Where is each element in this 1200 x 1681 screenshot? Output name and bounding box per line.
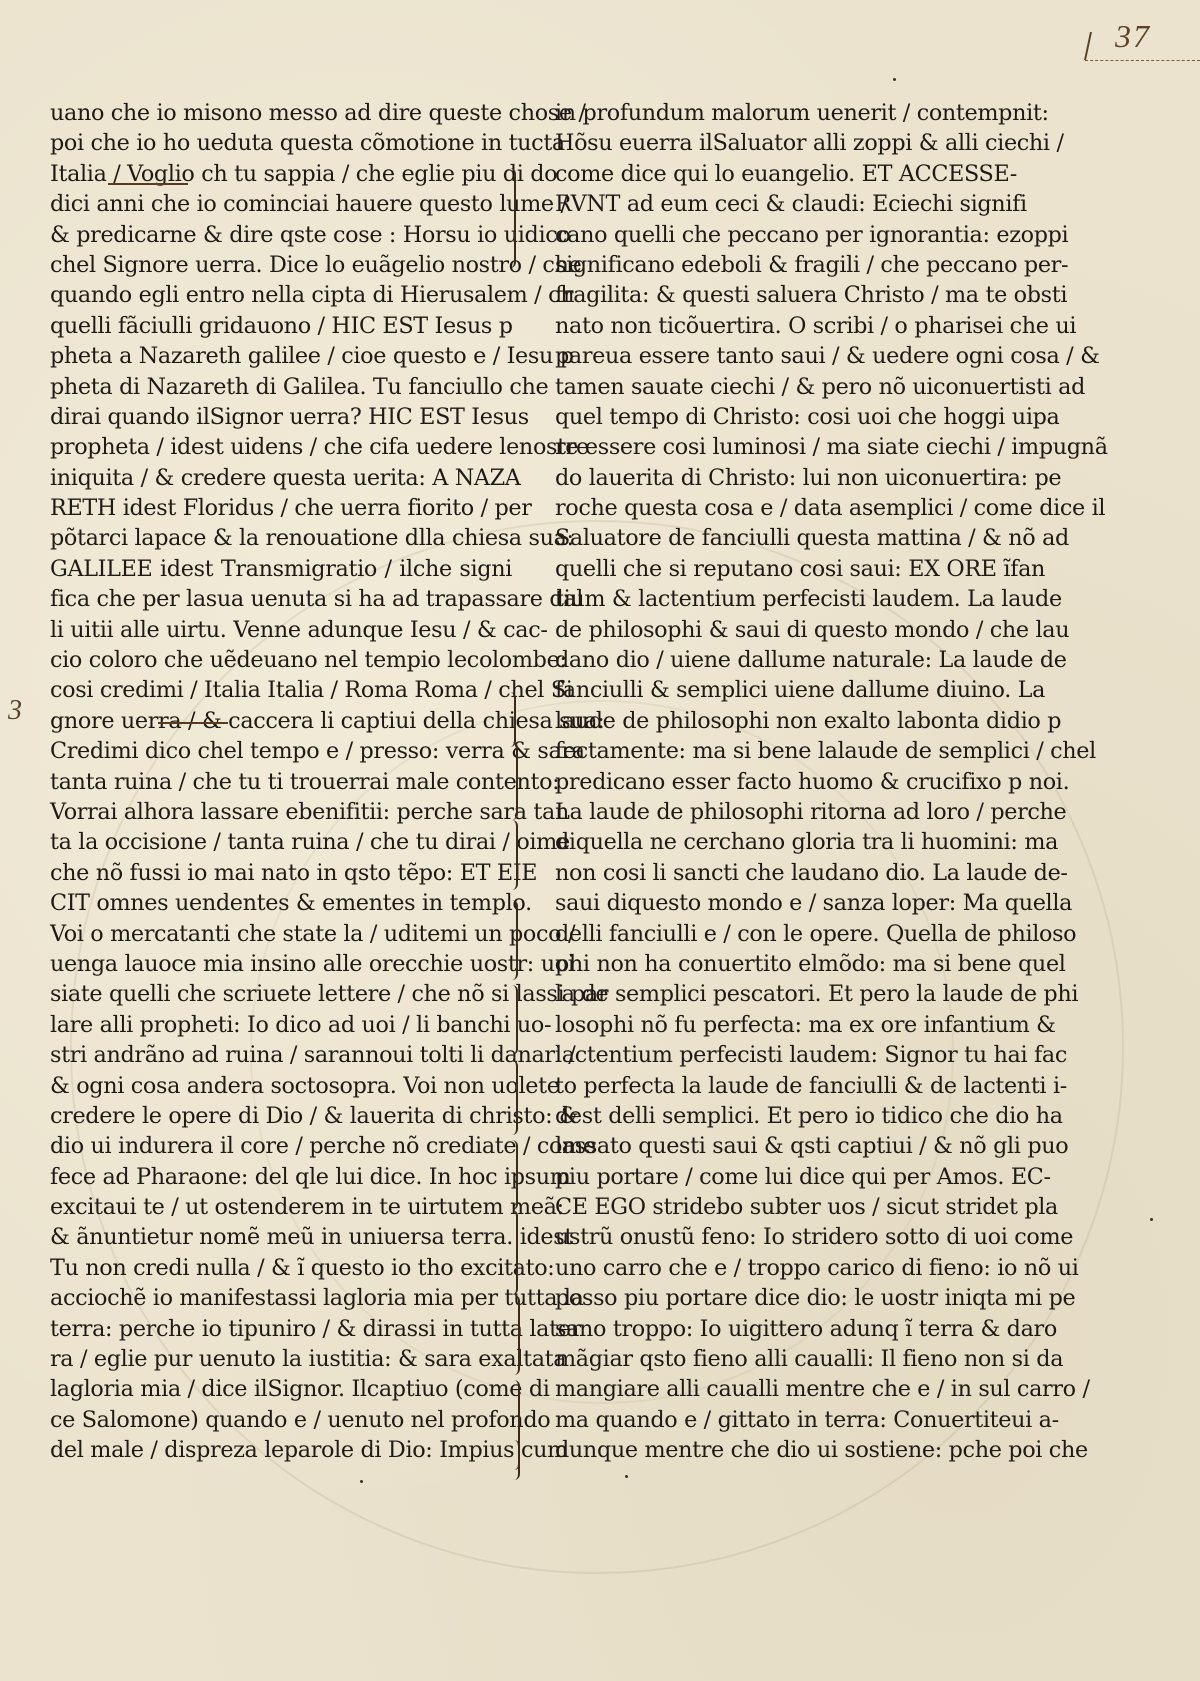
text-line: GALILEE idest Transmigratio / ilche sign… [50,554,512,584]
text-line: ce Salomone) quando e / uenuto nel profo… [50,1405,512,1435]
text-line: tanta ruina / che tu ti trouerrai male c… [50,767,512,797]
text-line: quando egli entro nella cipta di Hierusa… [50,280,512,310]
text-line: come dice qui lo euangelio. ET ACCESSE- [555,159,1017,189]
text-line: ra / eglie pur uenuto la iustitia: & sar… [50,1344,512,1374]
folio-underline [1085,60,1200,61]
text-line: sano troppo: Io uigittero adunq ĩ terra … [555,1314,1017,1344]
text-line: lactentium perfecisti laudem: Signor tu … [555,1040,1017,1070]
text-line: losophi nõ fu perfecta: ma ex ore infant… [555,1010,1017,1040]
text-line: mãgiar qsto fieno alli caualli: Il fieno… [555,1344,1017,1374]
margin-bracket [512,1440,520,1480]
manuscript-page: 37 3 uano che io misono messo ad dire qu… [0,0,1200,1681]
text-line: chel Signore uerra. Dice lo euãgelio nos… [50,250,512,280]
text-line: cio coloro che uẽdeuano nel tempio lecol… [50,645,512,675]
text-line: li uitii alle uirtu. Venne adunque Iesu … [50,615,512,645]
text-line: CIT omnes uendentes & ementes in templo. [50,888,512,918]
text-line: terra: perche io tipuniro / & dirassi in… [50,1314,512,1344]
text-line: ma quando e / gittato in terra: Conuerti… [555,1405,1017,1435]
margin-bracket [510,742,518,820]
text-line: pheta di Nazareth di Galilea. Tu fanciul… [50,372,512,402]
text-line: põtarci lapace & la renouatione dlla chi… [50,523,512,553]
text-line: iniquita / & credere questa uerita: A NA… [50,463,512,493]
text-line: RETH idest Floridus / che uerra fiorito … [50,493,512,523]
text-line: che nõ fussi io mai nato in qsto tẽpo: E… [50,858,512,888]
text-line: del male / dispreza leparole di Dio: Imp… [50,1435,512,1465]
text-line: dio ui indurera il core / perche nõ cred… [50,1131,512,1161]
text-line: acciochẽ io manifestassi lagloria mia pe… [50,1283,512,1313]
text-line: quel tempo di Christo: cosi uoi che hogg… [555,402,1017,432]
text-line: delli fanciulli e / con le opere. Quella… [555,919,1017,949]
text-line: uenga lauoce mia insino alle orecchie uo… [50,949,512,979]
paper-speck [625,1475,628,1478]
text-line: RVNT ad eum ceci & claudi: Eciechi signi… [555,189,1017,219]
text-line: Credimi dico chel tempo e / presso: verr… [50,736,512,766]
text-line: diquella ne cerchano gloria tra li huomi… [555,827,1017,857]
text-line: dano dio / uiene dallume naturale: La la… [555,645,1017,675]
left-text-column: uano che io misono messo ad dire queste … [50,98,512,1466]
text-line: ustrũ onustũ feno: Io stridero sotto di … [555,1222,1017,1252]
text-line: fica che per lasua uenuta si ha ad trapa… [50,584,512,614]
text-line: Vorrai alhora lassare ebenifitii: perche… [50,797,512,827]
right-text-column: in profundum malorum uenerit / contempni… [555,98,1017,1466]
paper-speck [893,78,896,81]
text-line: Tu non credi nulla / & ĩ questo io tho e… [50,1253,512,1283]
text-line: to perfecta la laude de fanciulli & de l… [555,1071,1017,1101]
text-line: posso piu portare dice dio: le uostr ini… [555,1283,1017,1313]
text-line: credere le opere di Dio / & lauerita di … [50,1101,512,1131]
text-line: & predicarne & dire qste cose : Horsu io… [50,220,512,250]
text-line: stri andrãno ad ruina / sarannoui tolti … [50,1040,512,1070]
text-line: predicano esser facto huomo & crucifixo … [555,767,1017,797]
text-line: fectamente: ma si bene lalaude de sempli… [555,736,1017,766]
paper-speck [1150,1218,1153,1221]
text-line: ta la occisione / tanta ruina / che tu d… [50,827,512,857]
text-line: laude de philosophi non exalto labonta d… [555,706,1017,736]
margin-bracket [508,692,516,747]
text-line: fece ad Pharaone: del qle lui dice. In h… [50,1162,512,1192]
text-line: dirai quando ilSignor uerra? HIC EST Ies… [50,402,512,432]
text-line: lassato questi saui & qsti captiui / & n… [555,1131,1017,1161]
text-line: Hõsu euerra ilSaluator alli zoppi & alli… [555,128,1017,158]
text-line: gnore uerra / & caccera li captiui della… [50,706,512,736]
text-line: uno carro che e / troppo carico di fieno… [555,1253,1017,1283]
text-line: pheta a Nazareth galilee / cioe questo e… [50,341,512,371]
text-line: dici anni che io cominciai hauere questo… [50,189,512,219]
text-line: & ãnuntietur nomẽ meũ in uniuersa terra.… [50,1222,512,1252]
text-line: non cosi li sancti che laudano dio. La l… [555,858,1017,888]
ink-underline-italia [158,722,228,724]
text-line: cosi credimi / Italia Italia / Roma Roma… [50,675,512,705]
text-line: fanciulli & semplici uiene dallume diuin… [555,675,1017,705]
text-line: excitaui te / ut ostenderem in te uirtut… [50,1192,512,1222]
margin-bracket [510,985,518,1055]
text-line: dest delli semplici. Et pero io tidico c… [555,1101,1017,1131]
margin-bracket [510,900,518,980]
text-line: Voi o mercatanti che state la / uditemi … [50,919,512,949]
text-line: phi non ha conuertito elmõdo: ma si bene… [555,949,1017,979]
text-line: siate quelli che scriuete lettere / che … [50,979,512,1009]
text-line: la de semplici pescatori. Et pero la lau… [555,979,1017,1009]
text-line: significano edeboli & fragili / che pecc… [555,250,1017,280]
margin-note-text: 3 [8,695,22,726]
text-line: de philosophi & saui di questo mondo / c… [555,615,1017,645]
margin-bracket [510,1140,518,1210]
text-line: tamen sauate ciechi / & pero nõ uiconuer… [555,372,1017,402]
folio-hook-stroke [1084,32,1100,60]
paper-speck [360,1480,363,1483]
handwritten-folio-number: 37 [1085,18,1195,68]
text-line: propheta / idest uidens / che cifa ueder… [50,432,512,462]
text-line: do lauerita di Christo: lui non uiconuer… [555,463,1017,493]
text-line: La laude de philosophi ritorna ad loro /… [555,797,1017,827]
margin-bracket [512,1295,520,1375]
text-line: & ogni cosa andera soctosopra. Voi non u… [50,1071,512,1101]
text-line: piu portare / come lui dice qui per Amos… [555,1162,1017,1192]
text-line: dunque mentre che dio ui sostiene: pche … [555,1435,1017,1465]
text-line: Saluatore de fanciulli questa mattina / … [555,523,1017,553]
text-line: lagloria mia / dice ilSignor. Ilcaptiuo … [50,1374,512,1404]
text-line: cano quelli che peccano per ignorantia: … [555,220,1017,250]
folio-number: 37 [1115,18,1151,55]
margin-bracket [510,820,518,890]
margin-bracket [508,168,516,268]
text-line: quelli che si reputano cosi saui: EX ORE… [555,554,1017,584]
text-line: tium & lactentium perfecisti laudem. La … [555,584,1017,614]
text-line: mangiare alli caualli mentre che e / in … [555,1374,1017,1404]
text-line: in profundum malorum uenerit / contempni… [555,98,1017,128]
text-line: saui diquesto mondo e / sanza loper: Ma … [555,888,1017,918]
margin-annotation: 3 [8,695,34,775]
ink-underline-voglio [108,183,188,185]
text-line: poi che io ho ueduta questa cõmotione in… [50,128,512,158]
text-line: roche questa cosa e / data asemplici / c… [555,493,1017,523]
text-line: CE EGO stridebo subter uos / sicut strid… [555,1192,1017,1222]
margin-bracket [510,1210,518,1295]
margin-bracket [510,1060,518,1135]
text-line: pareua essere tanto saui / & uedere ogni… [555,341,1017,371]
text-line: quelli fãciulli gridauono / HIC EST Iesu… [50,311,512,341]
text-line: re essere cosi luminosi / ma siate ciech… [555,432,1017,462]
text-line: lare alli propheti: Io dico ad uoi / li … [50,1010,512,1040]
text-line: fragilita: & questi saluera Christo / ma… [555,280,1017,310]
text-line: uano che io misono messo ad dire queste … [50,98,512,128]
text-line: nato non ticõuertira. O scribi / o phari… [555,311,1017,341]
